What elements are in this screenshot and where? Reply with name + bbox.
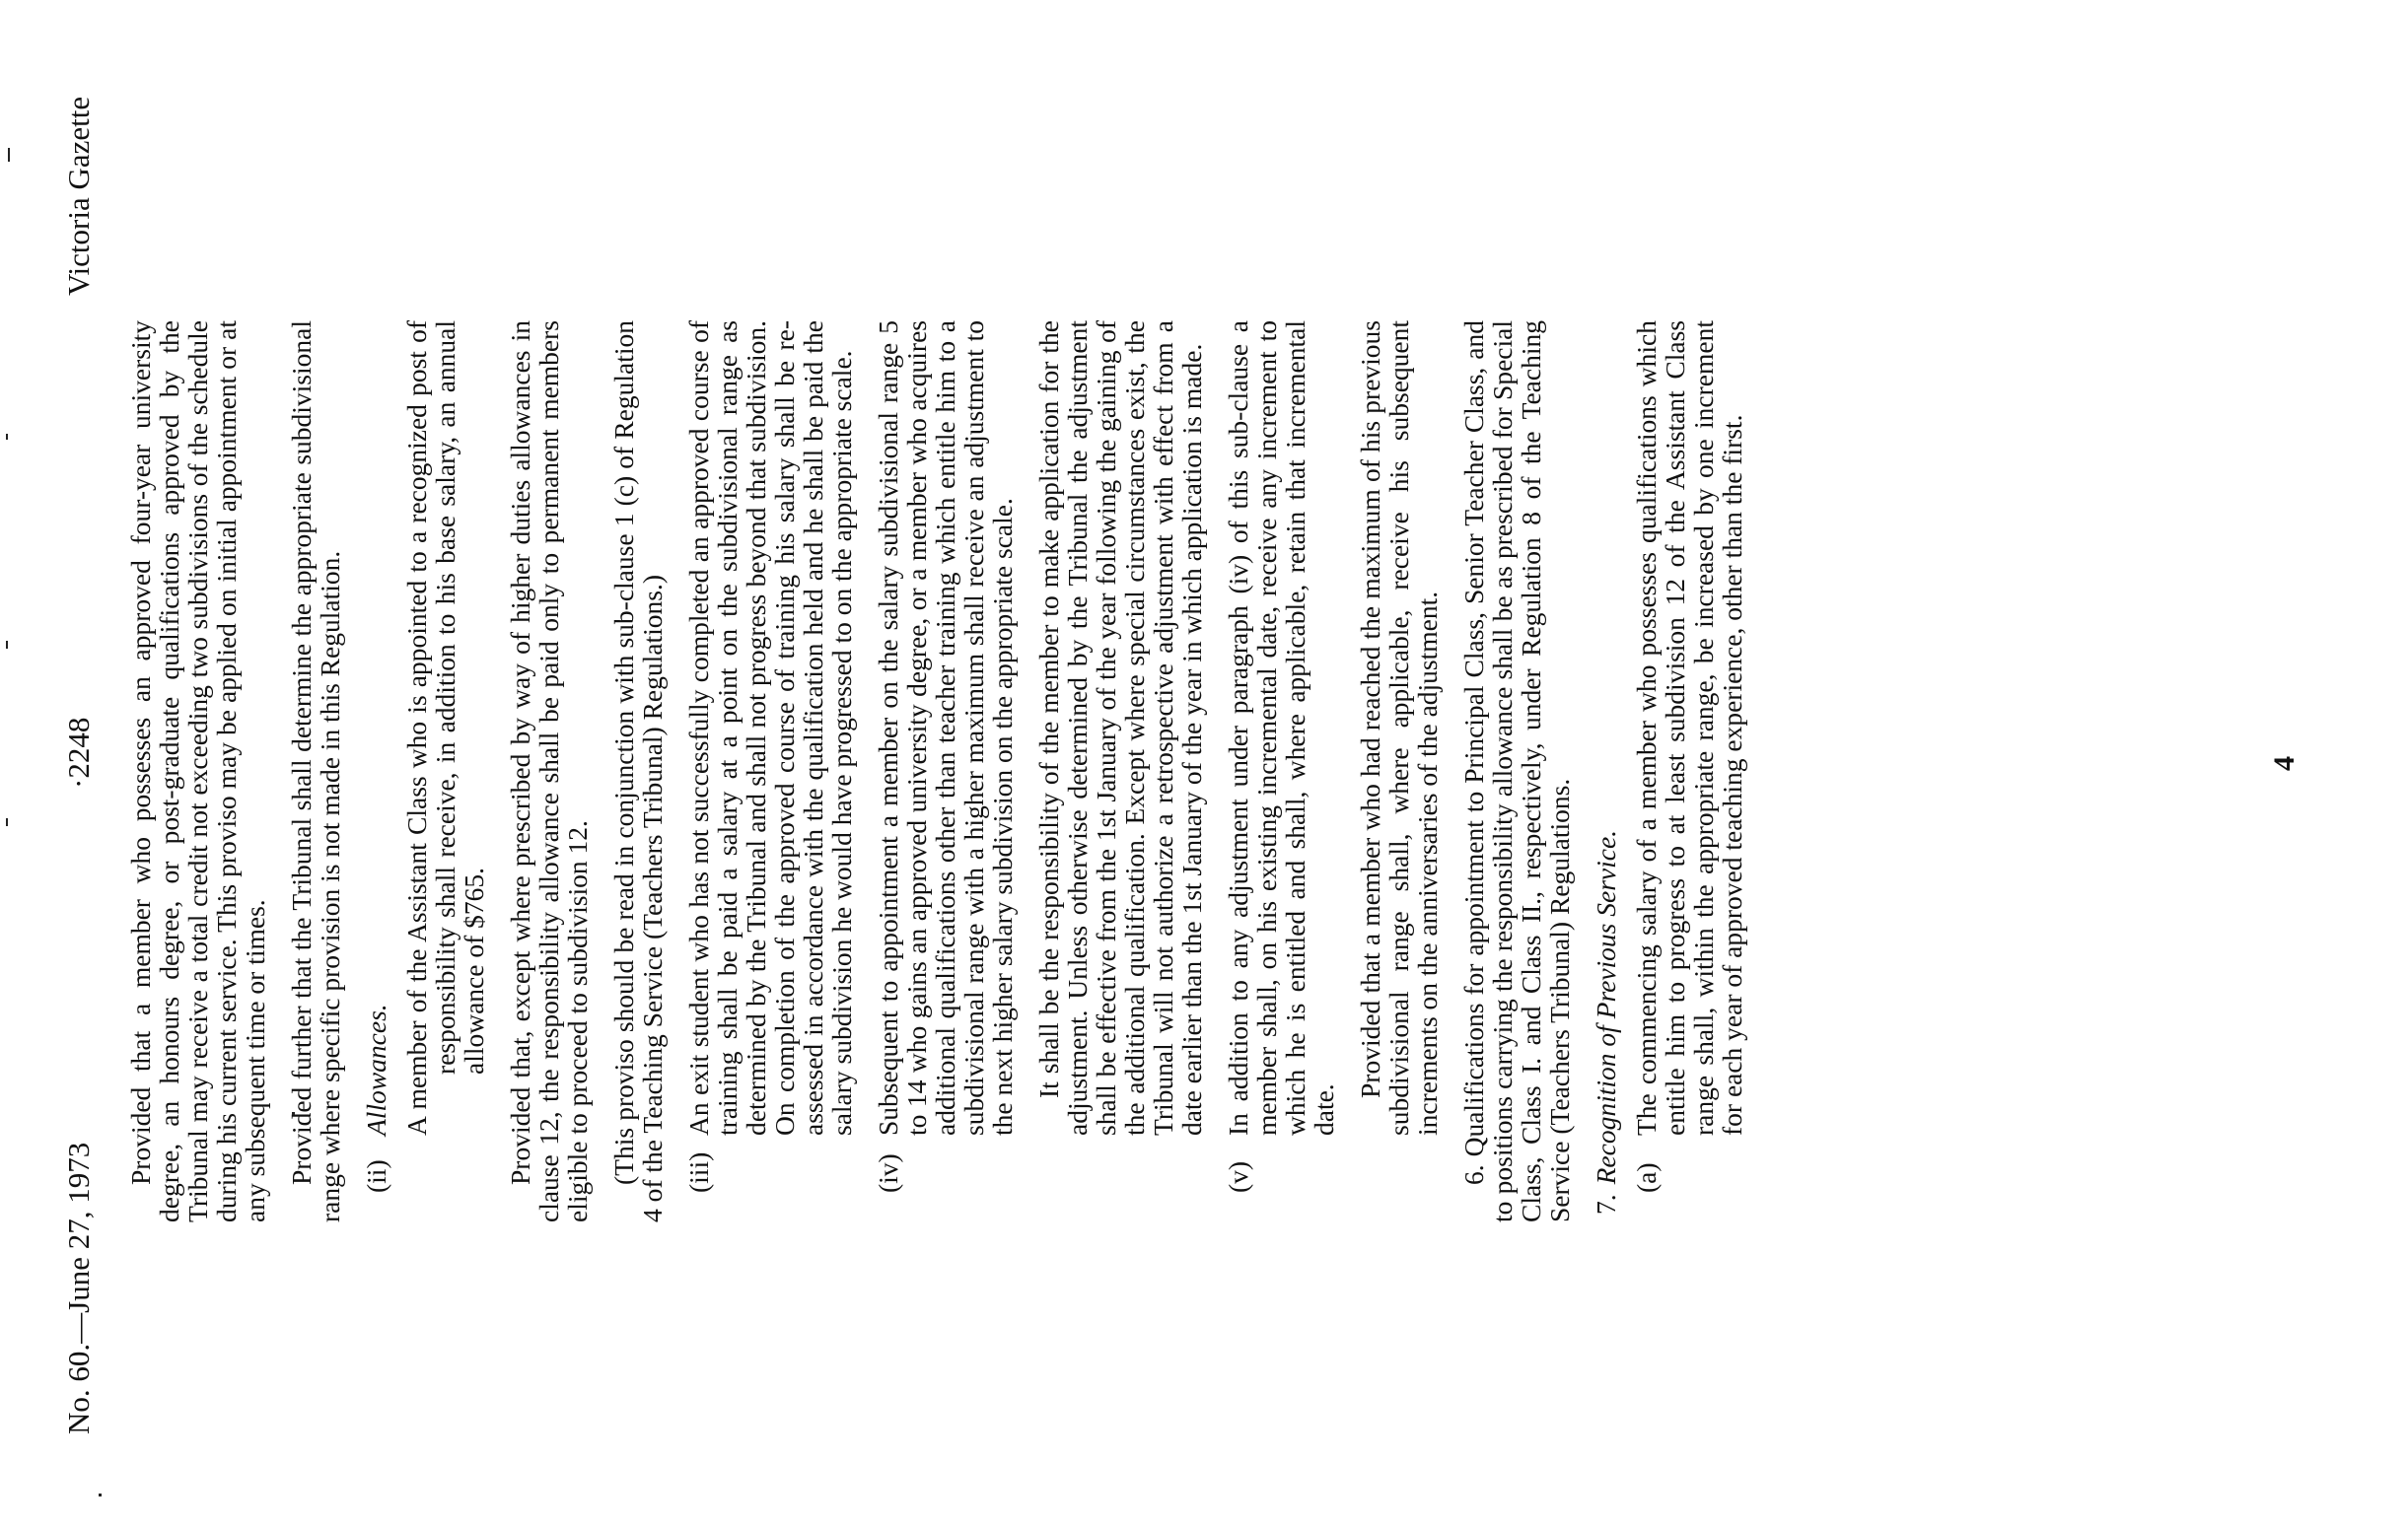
proviso-paragraph-2: Provided further that the Tribunal shall… xyxy=(287,320,344,1222)
clause-iv-text: Subsequent to appointment a member on th… xyxy=(874,320,1017,1136)
section-7-heading: 7. Recognition of Previous Service. xyxy=(1592,320,1620,1222)
document-body: Provided that a member who possesses an … xyxy=(126,320,1764,1222)
scan-speck xyxy=(6,818,8,826)
section-7-number: 7. xyxy=(1592,1194,1620,1215)
clause-a-number: (a) xyxy=(1632,1136,1746,1222)
clause-ii-heading: (ii) Allowances. xyxy=(362,320,390,1222)
clause-v-text: In addition to any adjustment under para… xyxy=(1224,320,1338,1136)
clause-ii-title: Allowances. xyxy=(362,320,390,1136)
clause-iii: (iii) An exit student who has not succes… xyxy=(684,320,856,1222)
proviso-paragraph-4: (This proviso should be read in conjunct… xyxy=(609,320,667,1222)
proviso-paragraph-3: Provided that, except where prescribed b… xyxy=(506,320,592,1222)
clause-iv-number: (iv) xyxy=(874,1136,1017,1222)
issue-date-header: No. 60.—June 27, 1973 xyxy=(61,1143,97,1434)
rotated-document-page: No. 60.—June 27, 1973 ·2248 Victoria Gaz… xyxy=(0,0,2408,1530)
section-6-paragraph: 6. Qualifications for appointment to Pri… xyxy=(1459,320,1574,1222)
clause-iii-text: An exit student who has not successfully… xyxy=(684,320,856,1136)
section-7-title: Recognition of Previous Service. xyxy=(1592,830,1620,1184)
proviso-paragraph-1: Provided that a member who possesses an … xyxy=(126,320,269,1222)
clause-ii-number: (ii) xyxy=(362,1136,390,1222)
gazette-page-number: ·2248 xyxy=(61,718,97,789)
scan-speck xyxy=(6,434,8,440)
scan-speck xyxy=(8,148,10,162)
scan-speck xyxy=(99,1494,102,1496)
clause-iii-number: (iii) xyxy=(684,1136,856,1222)
scan-speck xyxy=(292,1112,295,1115)
publication-title: Victoria Gazette xyxy=(61,97,97,296)
scan-speck xyxy=(6,641,8,649)
scanned-page: No. 60.—June 27, 1973 ·2248 Victoria Gaz… xyxy=(0,0,2408,1530)
clause-a-text: The commencing salary of a member who po… xyxy=(1632,320,1746,1136)
clause-iv: (iv) Subsequent to appointment a member … xyxy=(874,320,1017,1222)
clause-ii-text: A member of the Assistant Class who is a… xyxy=(402,320,488,1222)
clause-v-number: (v) xyxy=(1224,1136,1338,1222)
sheet-number: 4 xyxy=(2268,756,2302,771)
clause-iv-continuation: It shall be the responsibility of the me… xyxy=(1034,320,1206,1222)
clause-v: (v) In addition to any adjustment under … xyxy=(1224,320,1338,1222)
clause-v-proviso: Provided that a member who had reached t… xyxy=(1356,320,1442,1222)
clause-a: (a) The commencing salary of a member wh… xyxy=(1632,320,1746,1222)
clause-iii-body: An exit student who has not successfully… xyxy=(683,320,857,1136)
